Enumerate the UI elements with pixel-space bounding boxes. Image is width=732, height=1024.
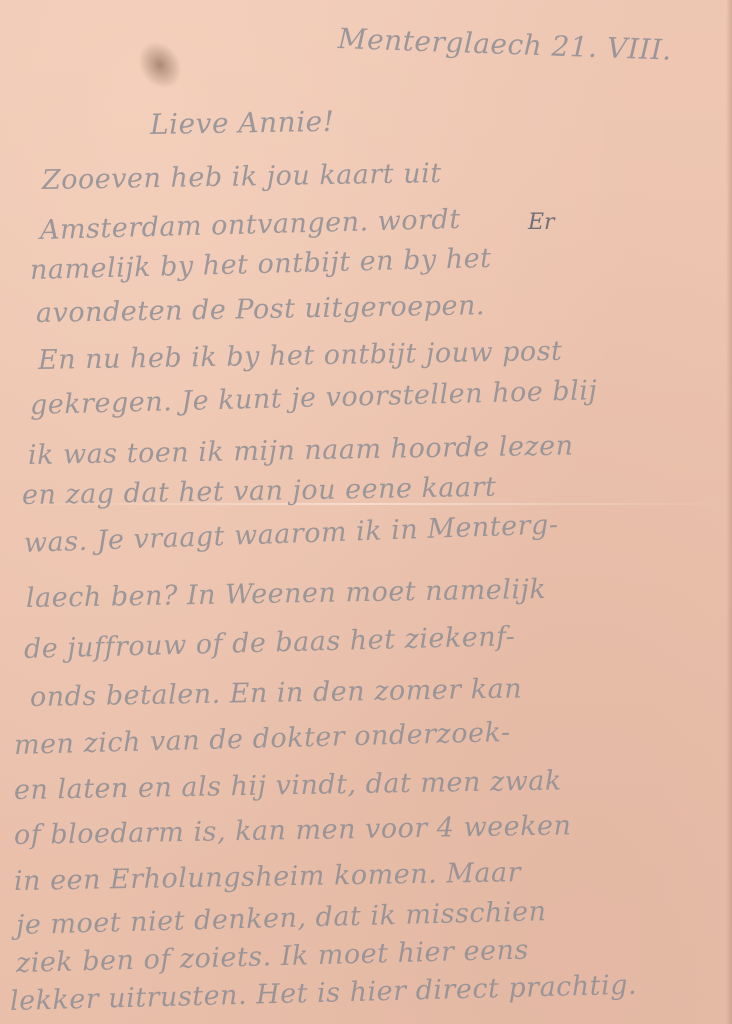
letter-line: En nu heb ik by het ontbijt jouw post <box>38 336 563 376</box>
letter-line: Amsterdam ontvangen. wordt <box>40 204 461 246</box>
letter-line: de juffrouw of de baas het ziekenf- <box>24 621 516 665</box>
letter-line: ik was toen ik mijn naam hoorde lezen <box>28 430 574 471</box>
letter-line: in een Erholungsheim komen. Maar <box>14 857 522 897</box>
letter-line: onds betalen. En in den zomer kan <box>30 673 523 713</box>
greeting: Lieve Annie! <box>150 105 335 141</box>
letter-line: laech ben? In Weenen moet namelijk <box>26 574 547 614</box>
paper-edge <box>726 0 732 1024</box>
paper-stain <box>129 33 190 97</box>
letter-line: of bloedarm is, kan men voor 4 weeken <box>14 810 572 851</box>
letter-line: en laten en als hij vindt, dat men zwak <box>14 765 562 806</box>
letter-line: en zag dat het van jou eene kaart <box>22 472 497 511</box>
letter-line: ziek ben of zoiets. Ik moet hier eens <box>16 935 530 979</box>
letter-line: Zooeven heb ik jou kaart uit <box>42 158 442 196</box>
letter-line: namelijk by het ontbijt en by het <box>30 243 492 286</box>
letter-line: avondeten de Post uitgeroepen. <box>36 290 486 329</box>
place-date: Menterglaech 21. VIII. <box>337 22 672 67</box>
letter-page: Menterglaech 21. VIII. Lieve Annie! Er Z… <box>0 0 732 1024</box>
letter-line: je moet niet denken, dat ik misschien <box>16 896 547 941</box>
letter-line: gekregen. Je kunt je voorstellen hoe bli… <box>30 375 598 421</box>
letter-line: was. Je vraagt waarom ik in Menterg- <box>23 509 558 559</box>
inserted-word: Er <box>528 210 555 235</box>
letter-line: men zich van de dokter onderzoek- <box>14 717 511 761</box>
